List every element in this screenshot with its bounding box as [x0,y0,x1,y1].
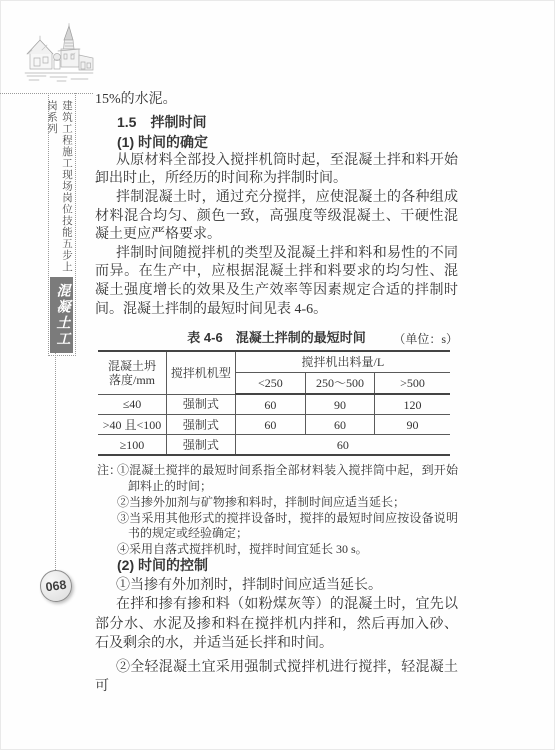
section-heading: 1.5 拌制时间 [95,113,458,132]
sub-heading-1: (1) 时间的确定 [95,133,458,152]
cell-value: 120 [374,394,450,415]
note-item: ①混凝土搅拌的最短时间系指全部材料装入搅拌筒中起，到开始卸料止的时间； [117,463,458,495]
paragraph: 拌制时间随搅拌机的类型及混凝土拌和料和易性的不同而异。在生产中，应根据混凝土拌和… [95,245,458,319]
cell-value-merged: 60 [235,435,450,456]
series-title-vertical: 建筑工程施工现场岗位技能五步上岗系列 [49,100,74,280]
cell-value: 60 [306,415,375,435]
book-page: { "page": { "number": "068", "series_tit… [0,0,555,750]
paragraph: 从原材料全部投入搅拌机筒时起，至混凝土拌和料开始卸出时止，所经历的时间称为拌制时… [95,152,458,189]
cell-mixer: 强制式 [167,435,236,456]
cell-value: 90 [374,415,450,435]
section-2: (2) 时间的控制 ①当掺有外加剂时，拌制时间应适当延长。 在拌和掺有掺和料（如… [95,556,458,697]
cell-mixer: 强制式 [167,394,236,415]
sidebar-dotted-line [55,353,56,570]
table-header-slump: 混凝土坍 落度/mm [98,351,167,394]
book-title-badge: 混凝土工 [50,277,73,353]
paragraph: 在拌和掺有掺和料（如粉煤灰等）的混凝土时，宜先以部分水、水泥及掺和料在搅拌机内拌… [95,595,458,654]
note-item: ②当掺外加剂与矿物掺和料时，拌制时间应适当延长； [117,495,458,511]
cell-value: 60 [235,394,305,415]
table-row: ≤40 强制式 60 90 120 [98,394,450,415]
table-caption-row: 表 4-6 混凝土拌制的最短时间 （单位：s） [95,329,458,346]
table-header-output-group: 搅拌机出料量/L [235,351,450,373]
table-unit-label: （单位：s） [393,330,458,349]
main-text-column: 15%的水泥。 1.5 拌制时间 (1) 时间的确定 从原材料全部投入搅拌机筒时… [95,91,458,558]
table-subheader-lt250: <250 [235,373,305,395]
paragraph: ①当掺有外加剂时，拌制时间应适当延长。 [95,576,458,596]
note-item: ③当采用其他形式的搅拌设备时，搅拌的最短时间应按设备说明书的规定或经验确定； [117,511,458,543]
table-title: 表 4-6 混凝土拌制的最短时间 [187,329,365,348]
table-row: >40 且<100 强制式 60 60 90 [98,415,450,435]
cell-value: 60 [235,415,305,435]
table-header-mixer-type: 搅拌机机型 [167,351,236,394]
notes-list: ①混凝土搅拌的最短时间系指全部材料装入搅拌筒中起，到开始卸料止的时间； ②当掺外… [117,463,458,558]
notes-label: 注： [97,463,117,558]
paragraph: 拌制混凝土时，通过充分搅拌，应使混凝土的各种组成材料混合均匀、颜色一致，高强度等… [95,189,458,245]
table-row: ≥100 强制式 60 [98,435,450,456]
table-notes: 注： ①混凝土搅拌的最短时间系指全部材料装入搅拌筒中起，到开始卸料止的时间； ②… [97,463,458,558]
table-subheader-gt500: >500 [374,373,450,395]
carryover-line: 15%的水泥。 [95,91,458,110]
paragraph: ②全轻混凝土宜采用强制式搅拌机进行搅拌，轻混凝土可 [95,658,458,697]
cell-slump: ≤40 [98,394,167,415]
building-sketch-illustration [17,23,97,93]
table-subheader-250-500: 250～500 [306,373,375,395]
cell-value: 90 [306,394,375,415]
page-number-badge: 068 [38,568,74,604]
cell-slump: ≥100 [98,435,167,456]
cell-slump: >40 且<100 [98,415,167,435]
header-dotted-divider [0,93,93,94]
min-mixing-time-table: 混凝土坍 落度/mm 搅拌机机型 搅拌机出料量/L <250 250～500 >… [98,350,450,456]
sub-heading-2: (2) 时间的控制 [95,556,458,576]
cell-mixer: 强制式 [167,415,236,435]
